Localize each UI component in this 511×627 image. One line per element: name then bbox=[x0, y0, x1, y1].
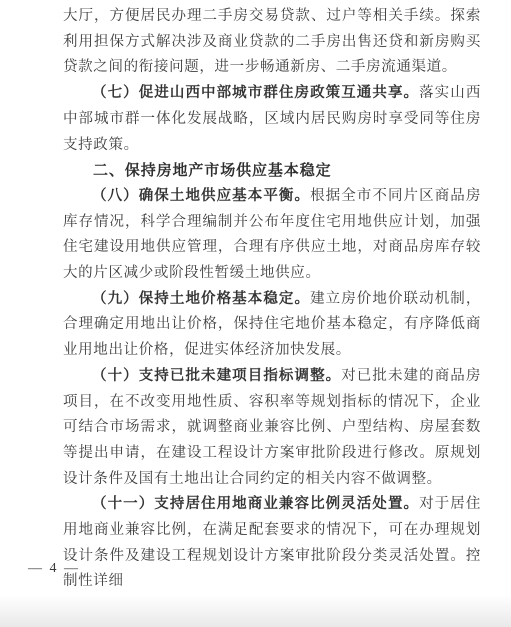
paragraph: （十一）支持居住用地商业兼容比例灵活处置。对于居住用地商业兼容比例，在满足配套要… bbox=[63, 492, 481, 595]
paragraph: （八）确保土地供应基本平衡。根据全市不同片区商品房库存情况，科学合理编制并公布年… bbox=[63, 184, 481, 287]
paragraph-lead: （七）促进山西中部城市群住房政策互通共享。 bbox=[92, 85, 419, 101]
paragraph-lead: （八）确保土地供应基本平衡。 bbox=[92, 188, 310, 204]
paragraph-text: 大厅，方便居民办理二手房交易贷款、过户等相关手续。探索利用担保方式解决涉及商业贷… bbox=[63, 8, 481, 75]
paragraph: 大厅，方便居民办理二手房交易贷款、过户等相关手续。探索利用担保方式解决涉及商业贷… bbox=[63, 4, 481, 81]
paragraph: （七）促进山西中部城市群住房政策互通共享。落实山西中部城市群一体化发展战略，区域… bbox=[63, 81, 481, 158]
paragraph-lead: （九）保持土地价格基本稳定。 bbox=[92, 291, 310, 307]
pdf-viewer-viewport: 大厅，方便居民办理二手房交易贷款、过户等相关手续。探索利用担保方式解决涉及商业贷… bbox=[0, 0, 511, 627]
paragraph: （九）保持土地价格基本稳定。建立房价地价联动机制，合理确定用地出让价格，保持住宅… bbox=[63, 287, 481, 364]
document-page: 大厅，方便居民办理二手房交易贷款、过户等相关手续。探索利用担保方式解决涉及商业贷… bbox=[0, 0, 511, 627]
section-heading: 二、保持房地产市场供应基本稳定 bbox=[63, 158, 481, 184]
page-number: — 4 — bbox=[28, 561, 80, 577]
page-content: 大厅，方便居民办理二手房交易贷款、过户等相关手续。探索利用担保方式解决涉及商业贷… bbox=[63, 4, 481, 595]
paragraph-lead: （十一）支持居住用地商业兼容比例灵活处置。 bbox=[92, 496, 419, 512]
page-edge-shadow bbox=[0, 595, 511, 627]
paragraph-lead: （十）支持已批未建项目指标调整。 bbox=[92, 368, 341, 384]
paragraph: （十）支持已批未建项目指标调整。对已批未建的商品房项目，在不改变用地性质、容积率… bbox=[63, 364, 481, 493]
paragraph-text: 对已批未建的商品房项目，在不改变用地性质、容积率等规划指标的情况下，企业可结合市… bbox=[63, 368, 481, 487]
